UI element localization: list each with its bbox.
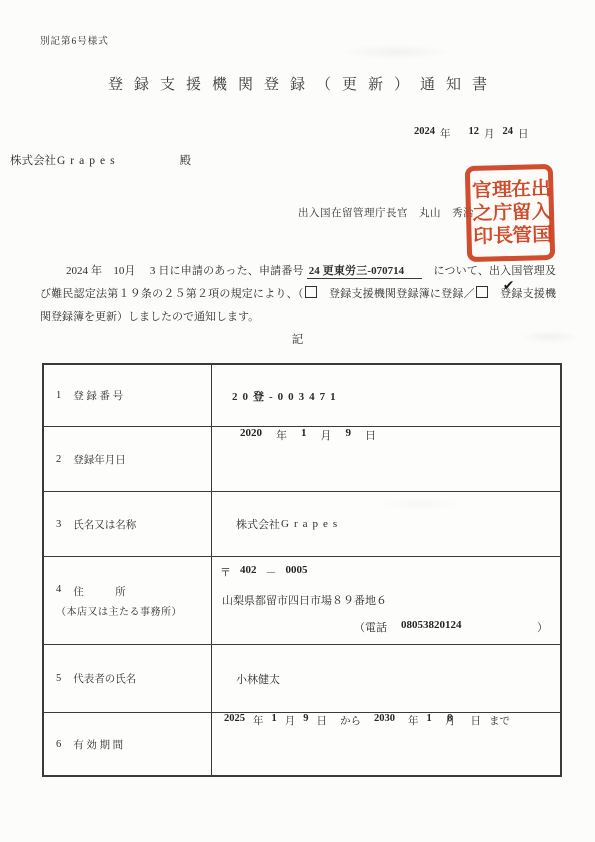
issue-date-month-unit: 月 [484, 126, 495, 141]
row-number: 2 [56, 454, 61, 465]
valid-to-day-unit: 日 [471, 713, 482, 728]
postal-code-2: 0005 [286, 564, 308, 576]
row-number: 3 [56, 519, 61, 530]
table-row-label: 4 住 所 （本店又は主たる事務所） [44, 557, 212, 645]
recipient-name-kanji: 株式会社 [10, 152, 56, 168]
table-row-label: 2 登録年月日 [44, 427, 212, 492]
scan-smudge [340, 44, 450, 60]
street-address: 山梨県都留市四日市場８９番地６ [212, 592, 560, 608]
reg-year: 2020 [240, 427, 262, 439]
row-label: 登録年月日 [73, 452, 126, 467]
row-number: 4 [56, 584, 61, 599]
valid-from-day: 9 [303, 713, 308, 724]
phone-label: （電話 [354, 619, 387, 635]
phone-line: （電話 08053820124 ） [212, 619, 560, 635]
row-label: 有 効 期 間 [73, 737, 123, 752]
reg-year-unit: 年 [276, 427, 287, 443]
reg-day: 9 [346, 427, 352, 439]
ki-heading: 記 [0, 331, 595, 347]
issue-date: 2024 年 12 月 24 日 [414, 126, 529, 141]
row-number: 1 [56, 390, 61, 401]
valid-to-year: 2030 [374, 713, 395, 724]
registration-number-value: 20登-003471 [212, 365, 560, 427]
valid-from-month-unit: 月 [285, 713, 296, 728]
company-name-latin: Grapes [281, 518, 342, 530]
valid-from-year: 2025 [224, 713, 245, 724]
reg-month-unit: 月 [321, 427, 332, 443]
row-label: 住 所 [73, 584, 126, 599]
form-code: 別記第6号様式 [40, 33, 109, 47]
registration-date-value: 2020 年 1 月 9 日 [212, 427, 560, 492]
issuer-name: 出入国在留管理庁長官 丸山 秀治 [298, 205, 474, 220]
postal-code-1: 402 [240, 564, 257, 576]
postal-dash: － [266, 564, 277, 580]
company-name-value: 株式会社 Grapes [212, 492, 560, 557]
notification-document-page: 別記第6号様式 登録支援機関登録（更新）通知書 2024 年 12 月 24 日… [0, 0, 595, 842]
option-register-label: 登録支援機関登録簿に登録／ [318, 288, 475, 300]
row-sublabel: （本店又は主たる事務所） [56, 603, 182, 618]
checkbox-register-unchecked-icon [305, 286, 317, 298]
table-row-label: 3 氏名又は名称 [44, 492, 212, 557]
phone-close-paren: ） [537, 619, 548, 635]
phone-number: 08053820124 [401, 619, 462, 631]
recipient-name-latin: Grapes [57, 155, 120, 167]
valid-from-year-unit: 年 [253, 713, 264, 728]
recipient-line: 株式会社 Grapes 殿 [10, 152, 191, 168]
application-number: 24 更東労三-070714 [307, 265, 422, 279]
table-row-label: 5 代表者の氏名 [44, 645, 212, 713]
valid-to-month: 1 [427, 713, 432, 724]
check-icon: ✔ [477, 279, 515, 293]
official-red-seal: 出入国 在留管 理庁長 官之印 [465, 164, 555, 262]
postal-mark: 〒 [220, 564, 231, 580]
valid-from-day-unit: 日 [317, 713, 328, 728]
issue-date-year-unit: 年 [440, 126, 451, 141]
company-name-kanji: 株式会社 [236, 516, 280, 532]
table-row-label: 6 有 効 期 間 [44, 713, 212, 775]
row-number: 6 [56, 739, 61, 750]
address-value: 〒 402 － 0005 山梨県都留市四日市場８９番地６ （電話 0805382… [212, 557, 560, 645]
representative-name-value: 小林健太 [212, 645, 560, 713]
seal-column: 理庁長 [489, 179, 511, 248]
valid-to-year-unit: 年 [408, 713, 419, 728]
registration-details-table: 1 登 録 番 号 20登-003471 2 登録年月日 2020 年 1 月 … [42, 363, 562, 777]
page-title: 登録支援機関登録（更新）通知書 [0, 73, 595, 94]
row-label: 登 録 番 号 [73, 388, 123, 403]
valid-made: まで [489, 713, 510, 728]
issue-date-day-unit: 日 [518, 126, 529, 141]
seal-column: 官之印 [470, 179, 492, 248]
row-label: 氏名又は名称 [73, 517, 136, 532]
table-row-label: 1 登 録 番 号 [44, 365, 212, 427]
row-label: 代表者の氏名 [73, 671, 136, 686]
notification-body: 2024 年 10月 3 日に申請のあった、申請番号 24 更東労三-07071… [40, 260, 556, 329]
postal-code-line: 〒 402 － 0005 [212, 564, 560, 580]
issue-date-day: 24 [503, 126, 514, 137]
reg-day-unit: 日 [365, 427, 376, 443]
checkbox-renew-checked-icon: ✔ [476, 286, 488, 298]
valid-to-day: 8 [447, 713, 452, 724]
valid-from-month: 1 [272, 713, 277, 724]
valid-kara: から [340, 713, 361, 728]
recipient-honorific: 殿 [180, 152, 192, 168]
reg-month: 1 [301, 427, 307, 439]
issue-date-month: 12 [469, 126, 480, 137]
validity-period-value: 2025 年 1 月 9 日 から 2030 年 1 月 8 日 まで [212, 713, 560, 775]
issue-date-year: 2024 [414, 126, 435, 137]
body-segment-1: 2024 年 10月 3 日に申請のあった、申請番号 [66, 265, 307, 277]
seal-column: 出入国 [528, 177, 550, 246]
row-number: 5 [56, 673, 61, 684]
